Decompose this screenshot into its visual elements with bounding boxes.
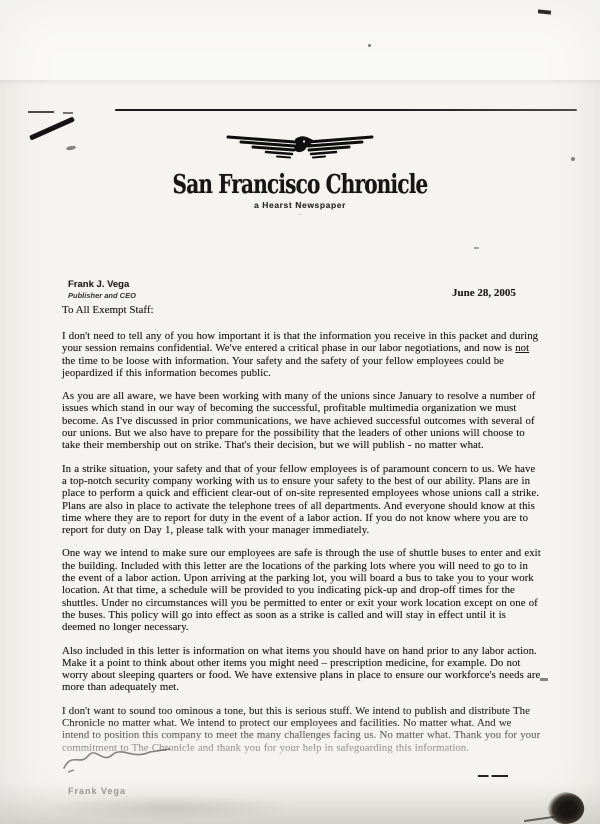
salutation: To All Exempt Staff: — [62, 304, 154, 316]
masthead-tagline: a Hearst Newspaper — [0, 200, 600, 210]
scan-smudge — [40, 795, 300, 821]
scan-streak-line — [115, 109, 577, 111]
scan-fold-line — [0, 80, 600, 86]
letter-date: June 28, 2005 — [452, 287, 516, 299]
sender-title: Publisher and CEO — [68, 291, 136, 300]
scan-speck — [368, 44, 371, 47]
body-paragraph: One way we intend to make sure our emplo… — [62, 547, 541, 633]
scan-speck — [474, 247, 479, 249]
body-paragraph: In a strike situation, your safety and t… — [62, 463, 541, 537]
sender-name: Frank J. Vega — [68, 279, 136, 290]
eagle-logo-icon — [220, 128, 380, 168]
scan-mark — [478, 775, 508, 777]
scan-speck — [540, 678, 548, 681]
sender-block: Frank J. Vega Publisher and CEO — [68, 279, 136, 300]
scan-speck: .. — [0, 211, 600, 217]
scanned-letter-page: San Francisco Chronicle a Hearst Newspap… — [0, 0, 600, 824]
scan-mark — [28, 111, 54, 113]
body-paragraph: Also included in this letter is informat… — [62, 645, 541, 694]
paragraph-text: I don't need to tell any of you how impo… — [62, 330, 538, 354]
underlined-word: not — [515, 342, 529, 354]
scan-light-band — [0, 0, 600, 80]
letter-body: I don't need to tell any of you how impo… — [62, 330, 541, 765]
masthead-title: San Francisco Chronicle — [60, 169, 540, 199]
body-paragraph: As you are all aware, we have been worki… — [62, 390, 541, 451]
letterhead: San Francisco Chronicle a Hearst Newspap… — [0, 128, 600, 217]
paragraph-text: the time to be loose with information. Y… — [62, 355, 504, 379]
body-paragraph: I don't need to tell any of you how impo… — [62, 330, 541, 379]
scan-mark — [63, 112, 73, 114]
typed-signature-name: Frank Vega — [68, 786, 126, 796]
signature-mark-icon — [58, 742, 198, 776]
